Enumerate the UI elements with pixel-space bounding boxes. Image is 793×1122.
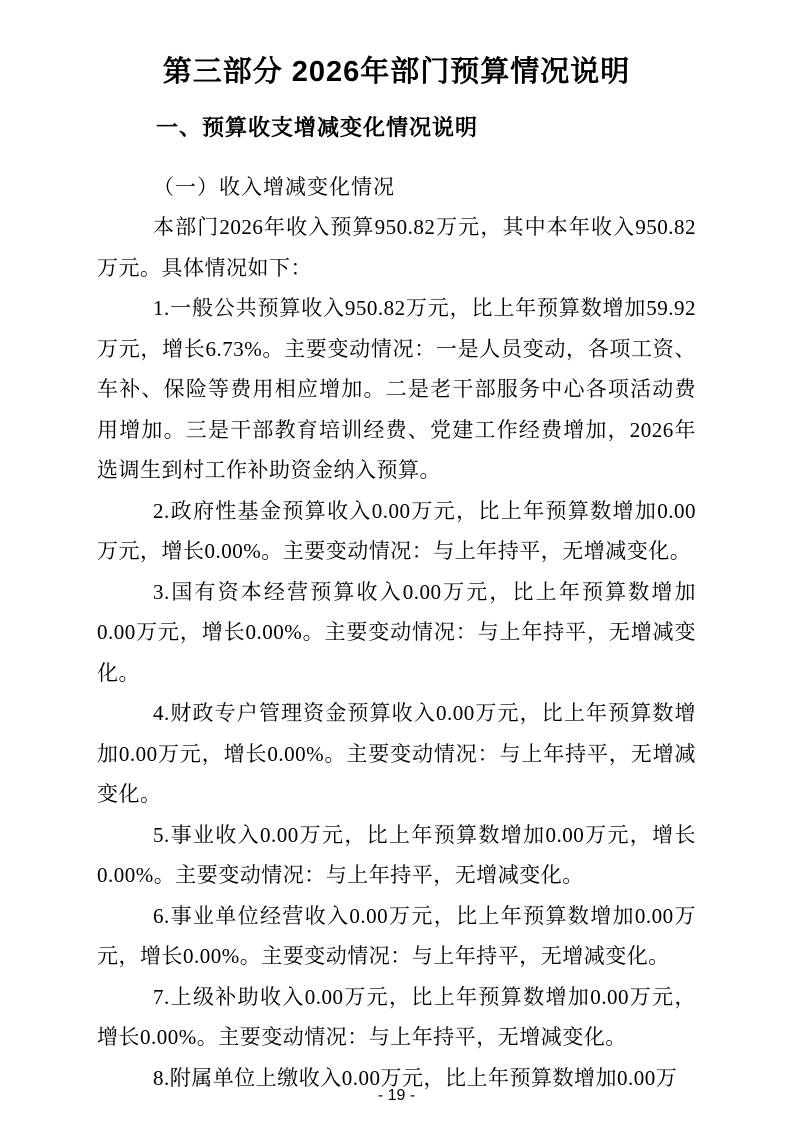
- paragraph: 2.政府性基金预算收入0.00万元，比上年预算数增加0.00万元，增长0.00%…: [97, 491, 696, 572]
- page-number: - 19 -: [378, 1087, 415, 1104]
- document-content: 第三部分 2026年部门预算情况说明 一、预算收支增减变化情况说明 （一）收入增…: [97, 0, 696, 1098]
- subsection-heading: （一）收入增减变化情况: [97, 167, 696, 207]
- document-title: 第三部分 2026年部门预算情况说明: [97, 52, 696, 92]
- document-page: 第三部分 2026年部门预算情况说明 一、预算收支增减变化情况说明 （一）收入增…: [0, 0, 793, 1122]
- page-footer: - 19 -: [0, 1086, 793, 1106]
- section-heading: 一、预算收支增减变化情况说明: [97, 113, 696, 143]
- paragraph: 5.事业收入0.00万元，比上年预算数增加0.00万元，增长0.00%。主要变动…: [97, 815, 696, 896]
- paragraph: 3.国有资本经营预算收入0.00万元，比上年预算数增加0.00万元，增长0.00…: [97, 572, 696, 694]
- paragraph: 7.上级补助收入0.00万元，比上年预算数增加0.00万元，增长0.00%。主要…: [97, 977, 696, 1058]
- paragraph: 1.一般公共预算收入950.82万元，比上年预算数增加59.92万元，增长6.7…: [97, 288, 696, 491]
- paragraph: 6.事业单位经营收入0.00万元，比上年预算数增加0.00万元，增长0.00%。…: [97, 896, 696, 977]
- document-body: 本部门2026年收入预算950.82万元，其中本年收入950.82万元。具体情况…: [97, 207, 696, 1098]
- paragraph: 4.财政专户管理资金预算收入0.00万元，比上年预算数增加0.00万元，增长0.…: [97, 693, 696, 815]
- paragraph: 本部门2026年收入预算950.82万元，其中本年收入950.82万元。具体情况…: [97, 207, 696, 288]
